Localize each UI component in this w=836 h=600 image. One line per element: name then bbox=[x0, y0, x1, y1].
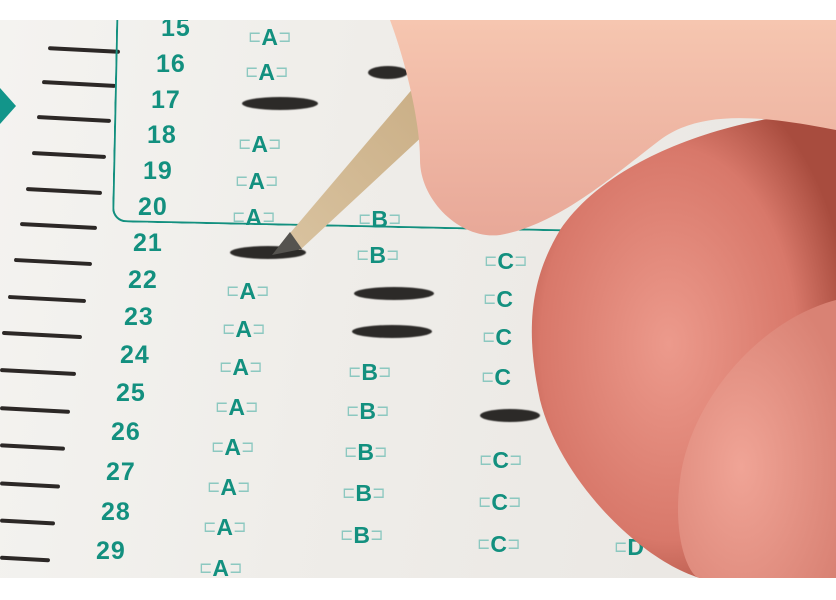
answer-sheet-photo: 15 16 17 18 19 20 21 22 23 24 25 26 27 2… bbox=[0, 20, 836, 578]
hand-and-pencil bbox=[0, 20, 836, 578]
